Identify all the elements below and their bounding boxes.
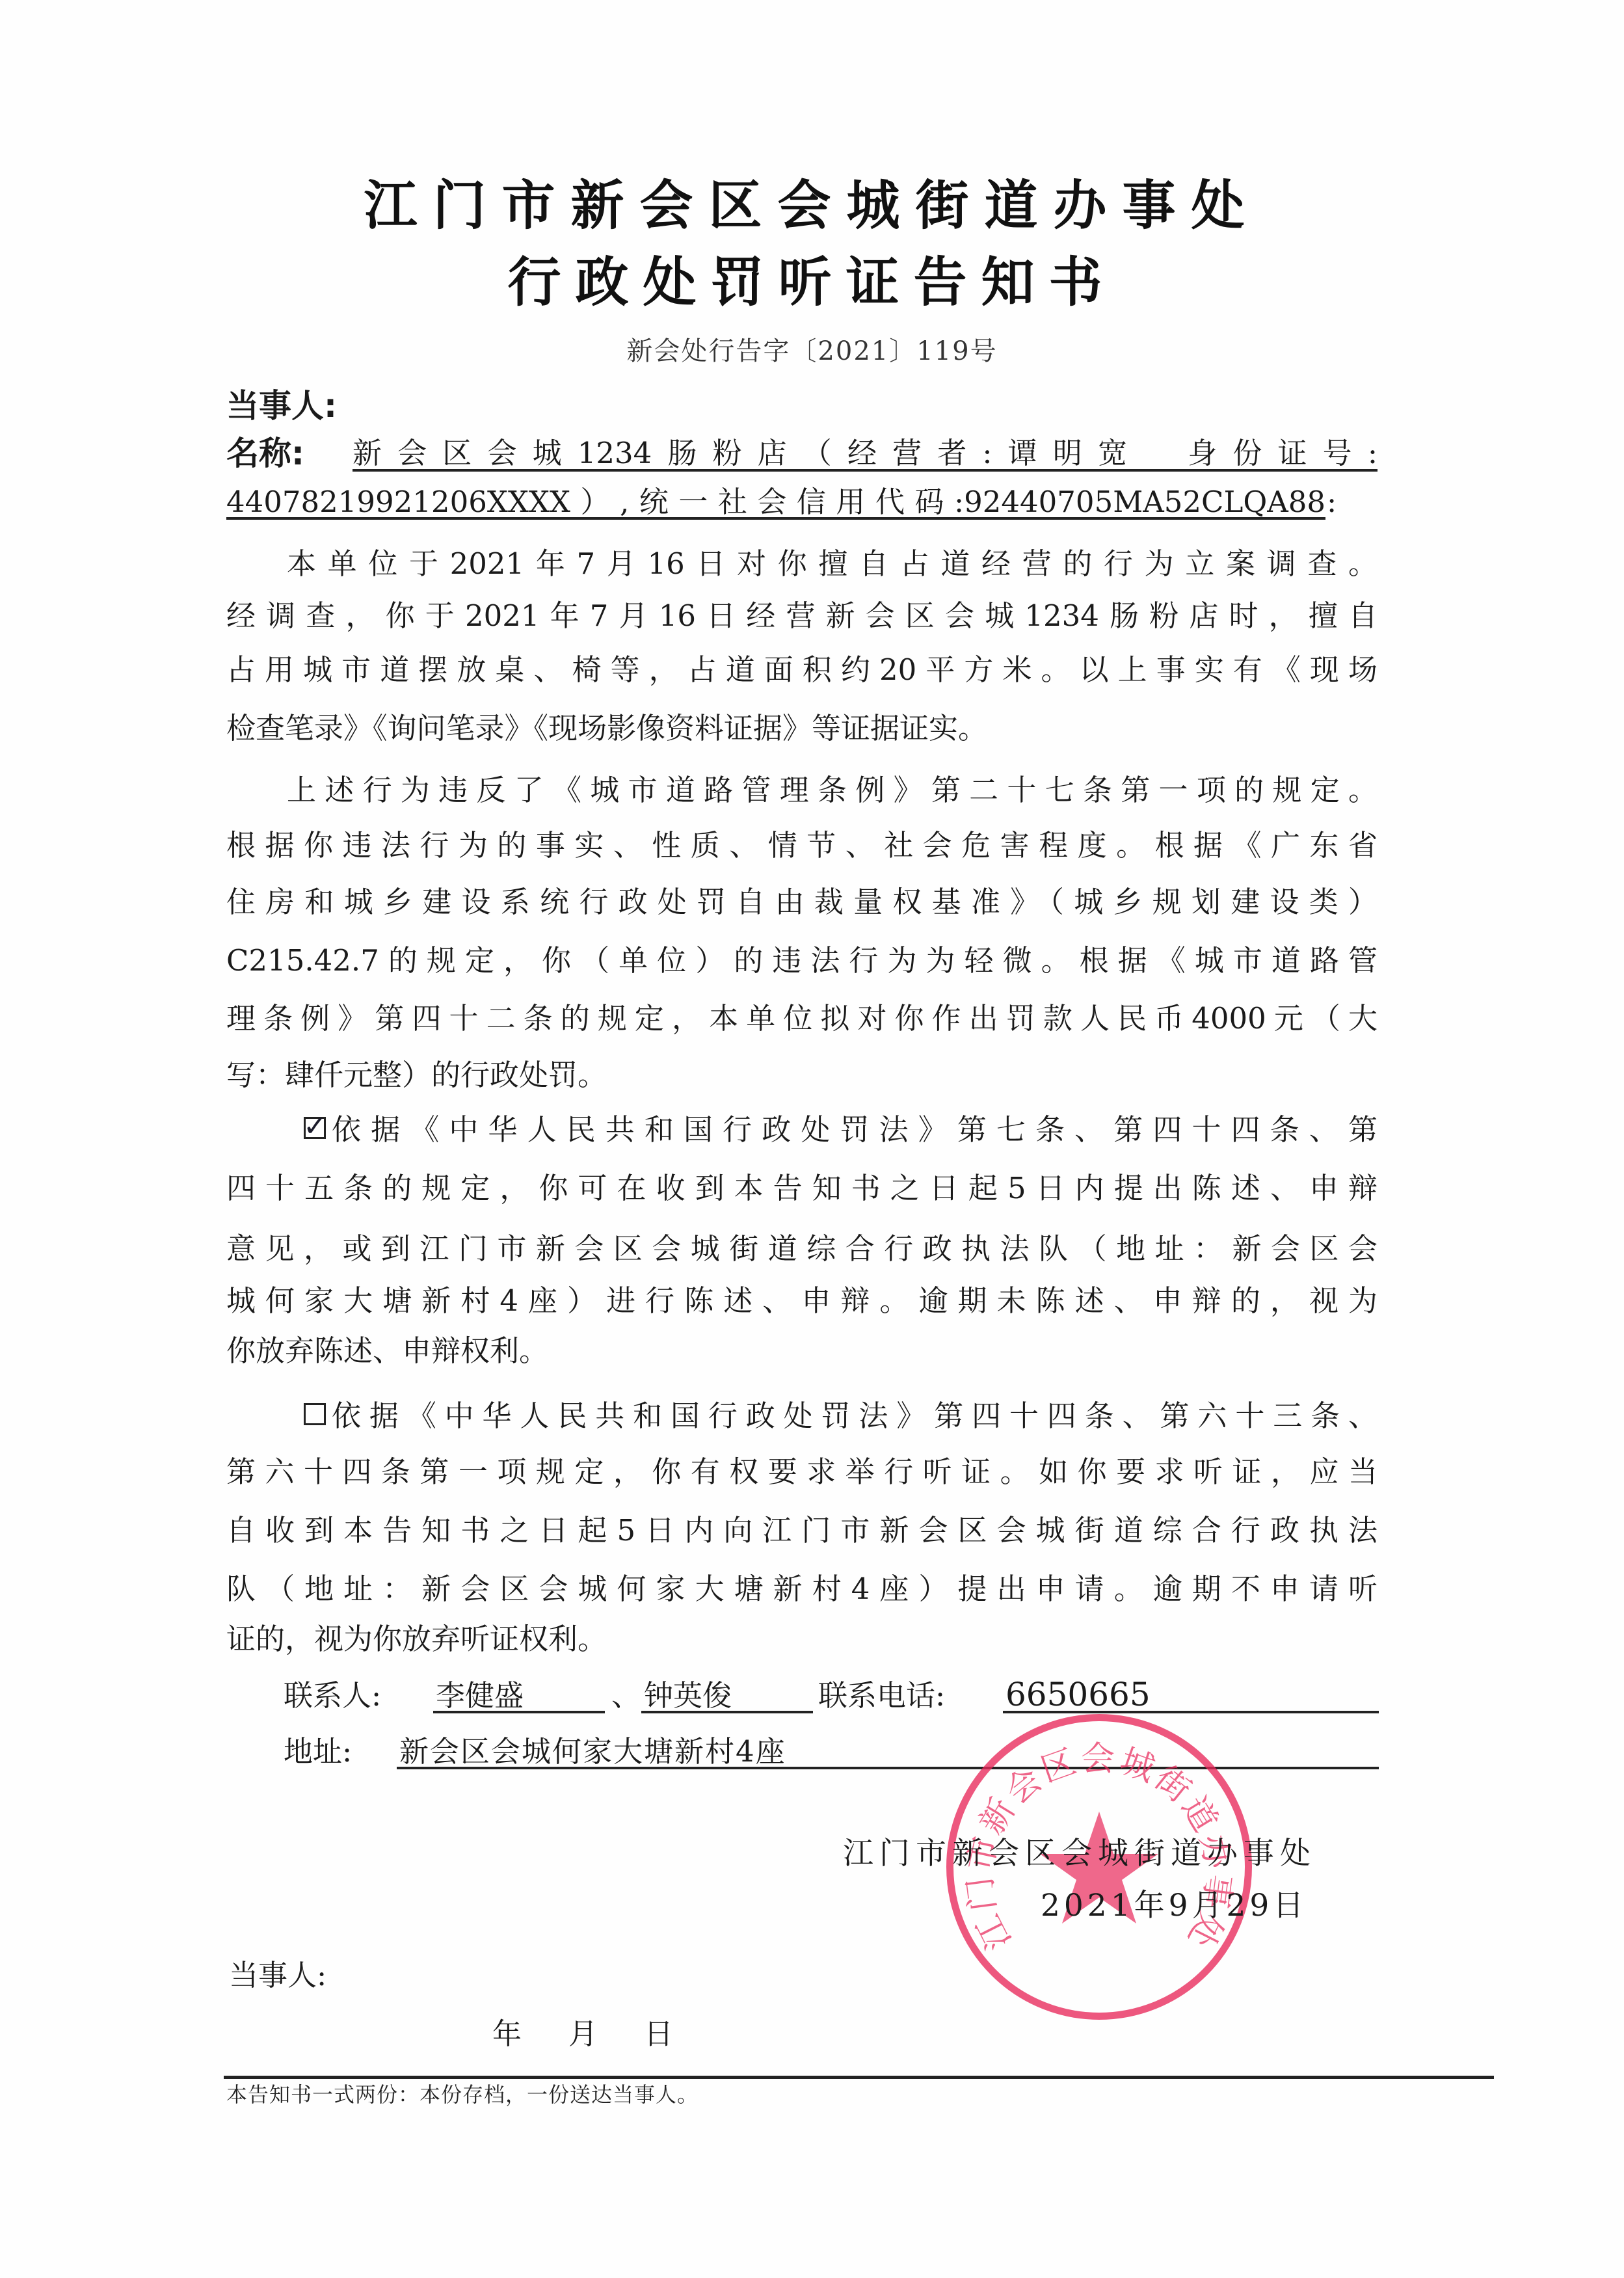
phone-underline	[1003, 1711, 1379, 1713]
option2-line-5: 证的，视为你放弃听证权利。	[226, 1621, 607, 1657]
option1-line-4: 城何家大塘新村4座）进行陈述、申辩。逾期未陈述、申辩的，视为	[226, 1283, 1378, 1319]
option2-line-1: 依据《中华人民共和国行政处罚法》第四十四条、第六十三条、	[332, 1398, 1378, 1434]
party-name-label: 名称:	[226, 434, 304, 473]
document-number: 新会处行告字〔2021〕119号	[0, 336, 1624, 367]
para2-line-4: C215.42.7的规定，你（单位）的违法行为为轻微。根据《城市道路管	[226, 943, 1378, 979]
option1-line-5: 你放弃陈述、申辩权利。	[226, 1333, 548, 1369]
phone-value: 6650665	[1005, 1676, 1151, 1713]
receipt-year-placeholder: 年	[492, 2017, 522, 2052]
statement-option-checkbox[interactable]: ✓	[304, 1117, 328, 1139]
party-name-underline	[353, 469, 1378, 472]
para1-line-1: 本单位于2021年7月16日对你擅自占道经营的行为立案调查。	[287, 546, 1378, 582]
footer-note: 本告知书一式两份：本份存档，一份送达当事人。	[226, 2082, 699, 2108]
hearing-option-checkbox[interactable]	[304, 1403, 328, 1425]
option2-line-4: 队（地址：新会区会城何家大塘新村4座）提出申请。逾期不申请听	[226, 1571, 1378, 1607]
contact-person-1-underline	[433, 1711, 605, 1713]
party-label: 当事人:	[226, 386, 337, 425]
issuer-signature: 江门市新会区会城街道办事处	[843, 1836, 1316, 1872]
para2-line-3: 住房和城乡建设系统行政处罚自由裁量权基准》（城乡规划建设类）	[226, 884, 1378, 920]
contact-person-1: 李健盛	[436, 1678, 524, 1713]
checkbox-checked-icon: ✓	[304, 1117, 326, 1139]
para1-line-3: 占用城市道摆放桌、椅等，占道面积约20平方米。以上事实有《现场	[226, 652, 1378, 688]
address-label: 地址:	[284, 1734, 352, 1769]
para1-line-2: 经调查，你于2021年7月16日经营新会区会城1234肠粉店时，擅自	[226, 598, 1378, 634]
party-id-underline	[226, 517, 1325, 520]
party-name-value: 新会区会城1234肠粉店（经营者:谭明宽 身份证号:	[353, 436, 1378, 470]
checkbox-unchecked-icon	[304, 1403, 326, 1425]
contact-separator: 、	[611, 1678, 641, 1713]
contact-person-2-underline	[641, 1711, 813, 1713]
para2-line-2: 根据你违法行为的事实、性质、情节、社会危害程度。根据《广东省	[226, 827, 1378, 864]
para2-line-1: 上述行为违反了《城市道路管理条例》第二十七条第一项的规定。	[287, 772, 1378, 809]
para1-line-4: 检查笔录》《询问笔录》《现场影像资料证据》等证据证实。	[226, 710, 987, 747]
address-value: 新会区会城何家大塘新村4座	[399, 1734, 786, 1769]
option2-line-3: 自收到本告知书之日起5日内向江门市新会区会城街道综合行政执法	[226, 1512, 1378, 1549]
option2-line-2: 第六十四条第一项规定，你有权要求举行听证。如你要求听证，应当	[226, 1454, 1378, 1490]
document-page: 江门市新会区会城街道办事处 行政处罚听证告知书 新会处行告字〔2021〕119号…	[0, 0, 1624, 2278]
page-title-document-type: 行政处罚听证告知书	[0, 254, 1624, 312]
page-title-issuer: 江门市新会区会城街道办事处	[0, 177, 1624, 235]
footer-divider	[224, 2076, 1494, 2079]
para2-line-5: 理条例》第四十二条的规定，本单位拟对你作出罚款人民币4000元（大	[226, 1000, 1378, 1037]
party-id-and-credit-code: 44078219921206XXXX）,统一社会信用代码:92440705MA5…	[226, 485, 1325, 519]
address-underline	[397, 1767, 1379, 1769]
contact-label: 联系人:	[284, 1678, 381, 1713]
contact-person-2: 钟英俊	[644, 1678, 732, 1713]
receipt-party-label: 当事人:	[229, 1958, 326, 1993]
para2-line-6: 写：肆仟元整）的行政处罚。	[226, 1057, 607, 1093]
phone-label: 联系电话:	[818, 1678, 945, 1713]
receipt-month-placeholder: 月	[568, 2017, 598, 2052]
party-id-tail: :	[1327, 485, 1337, 519]
option1-line-1: 依据《中华人民共和国行政处罚法》第七条、第四十四条、第	[332, 1112, 1378, 1148]
option1-line-3: 意见，或到江门市新会区会城街道综合行政执法队（地址：新会区会	[226, 1231, 1378, 1267]
receipt-day-placeholder: 日	[644, 2017, 673, 2052]
issue-date: 2021年9月29日	[1041, 1888, 1307, 1924]
option1-line-2: 四十五条的规定，你可在收到本告知书之日起5日内提出陈述、申辩	[226, 1170, 1378, 1207]
